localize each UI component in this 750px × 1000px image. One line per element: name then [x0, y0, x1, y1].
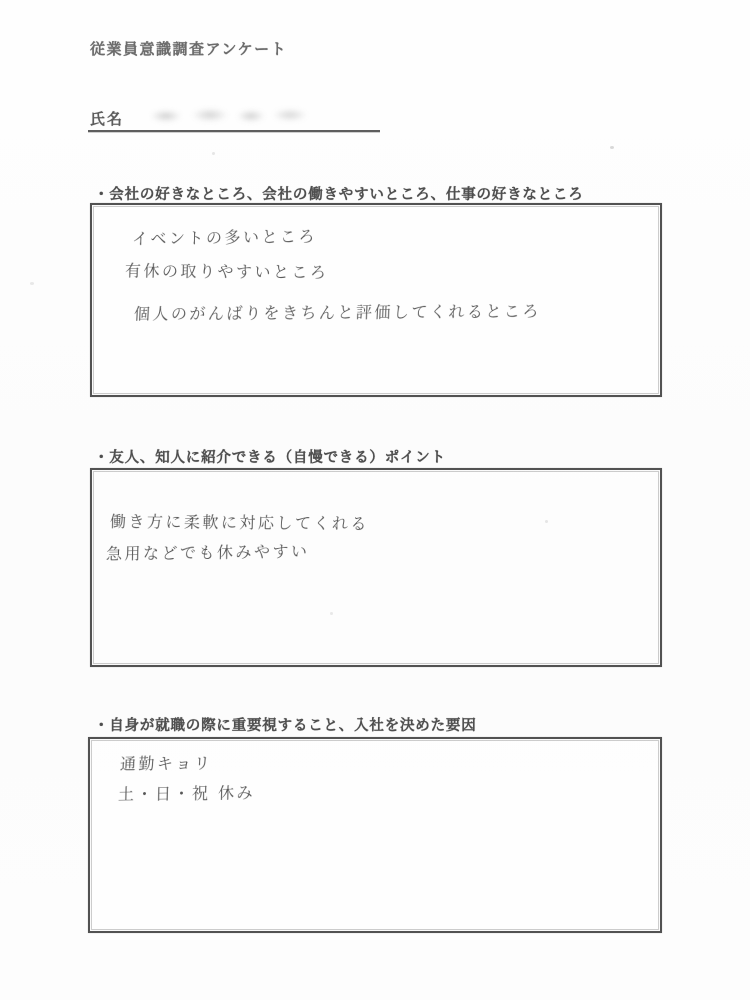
scanned-survey-page: 従業員意識調査アンケート 氏名 ・会社の好きなところ、会社の働きやすいところ、仕…: [0, 0, 750, 1000]
answer-box-company-likes: イベントの多いところ 有休の取りやすいところ 個人のがんばりをきちんと評価してく…: [90, 203, 662, 397]
section-heading-recommend-points: ・友人、知人に紹介できる（自慢できる）ポイント: [94, 446, 446, 467]
scan-speck: [30, 282, 34, 285]
scan-speck: [610, 146, 614, 149]
name-field-row: 氏名: [88, 104, 380, 134]
answer-box-job-priorities: 通勤キョリ 土・日・祝 休み: [88, 737, 662, 933]
handwritten-answer: イベントの多いところ: [132, 224, 317, 250]
handwritten-answer: 働き方に柔軟に対応してくれる: [110, 509, 370, 534]
scan-speck: [212, 152, 215, 155]
handwritten-answer: 土・日・祝 休み: [118, 780, 256, 805]
section-heading-job-priorities: ・自身が就職の際に重要視すること、入社を決めた要因: [94, 714, 477, 735]
handwritten-answer: 有休の取りやすいところ: [125, 258, 329, 283]
name-underline: [88, 130, 380, 132]
section-heading-company-likes: ・会社の好きなところ、会社の働きやすいところ、仕事の好きなところ: [94, 183, 584, 204]
handwritten-answer: 急用などでも休みやすい: [106, 539, 310, 565]
name-label: 氏名: [90, 108, 124, 129]
document-title: 従業員意識調査アンケート: [90, 38, 287, 59]
redacted-name-blur: [148, 102, 316, 128]
handwritten-answer: 個人のがんばりをきちんと評価してくれるところ: [133, 299, 541, 325]
scan-speck: [330, 612, 333, 615]
handwritten-answer: 通勤キョリ: [119, 751, 213, 775]
answer-box-recommend-points: 働き方に柔軟に対応してくれる 急用などでも休みやすい: [90, 468, 662, 667]
scan-speck: [545, 520, 548, 523]
